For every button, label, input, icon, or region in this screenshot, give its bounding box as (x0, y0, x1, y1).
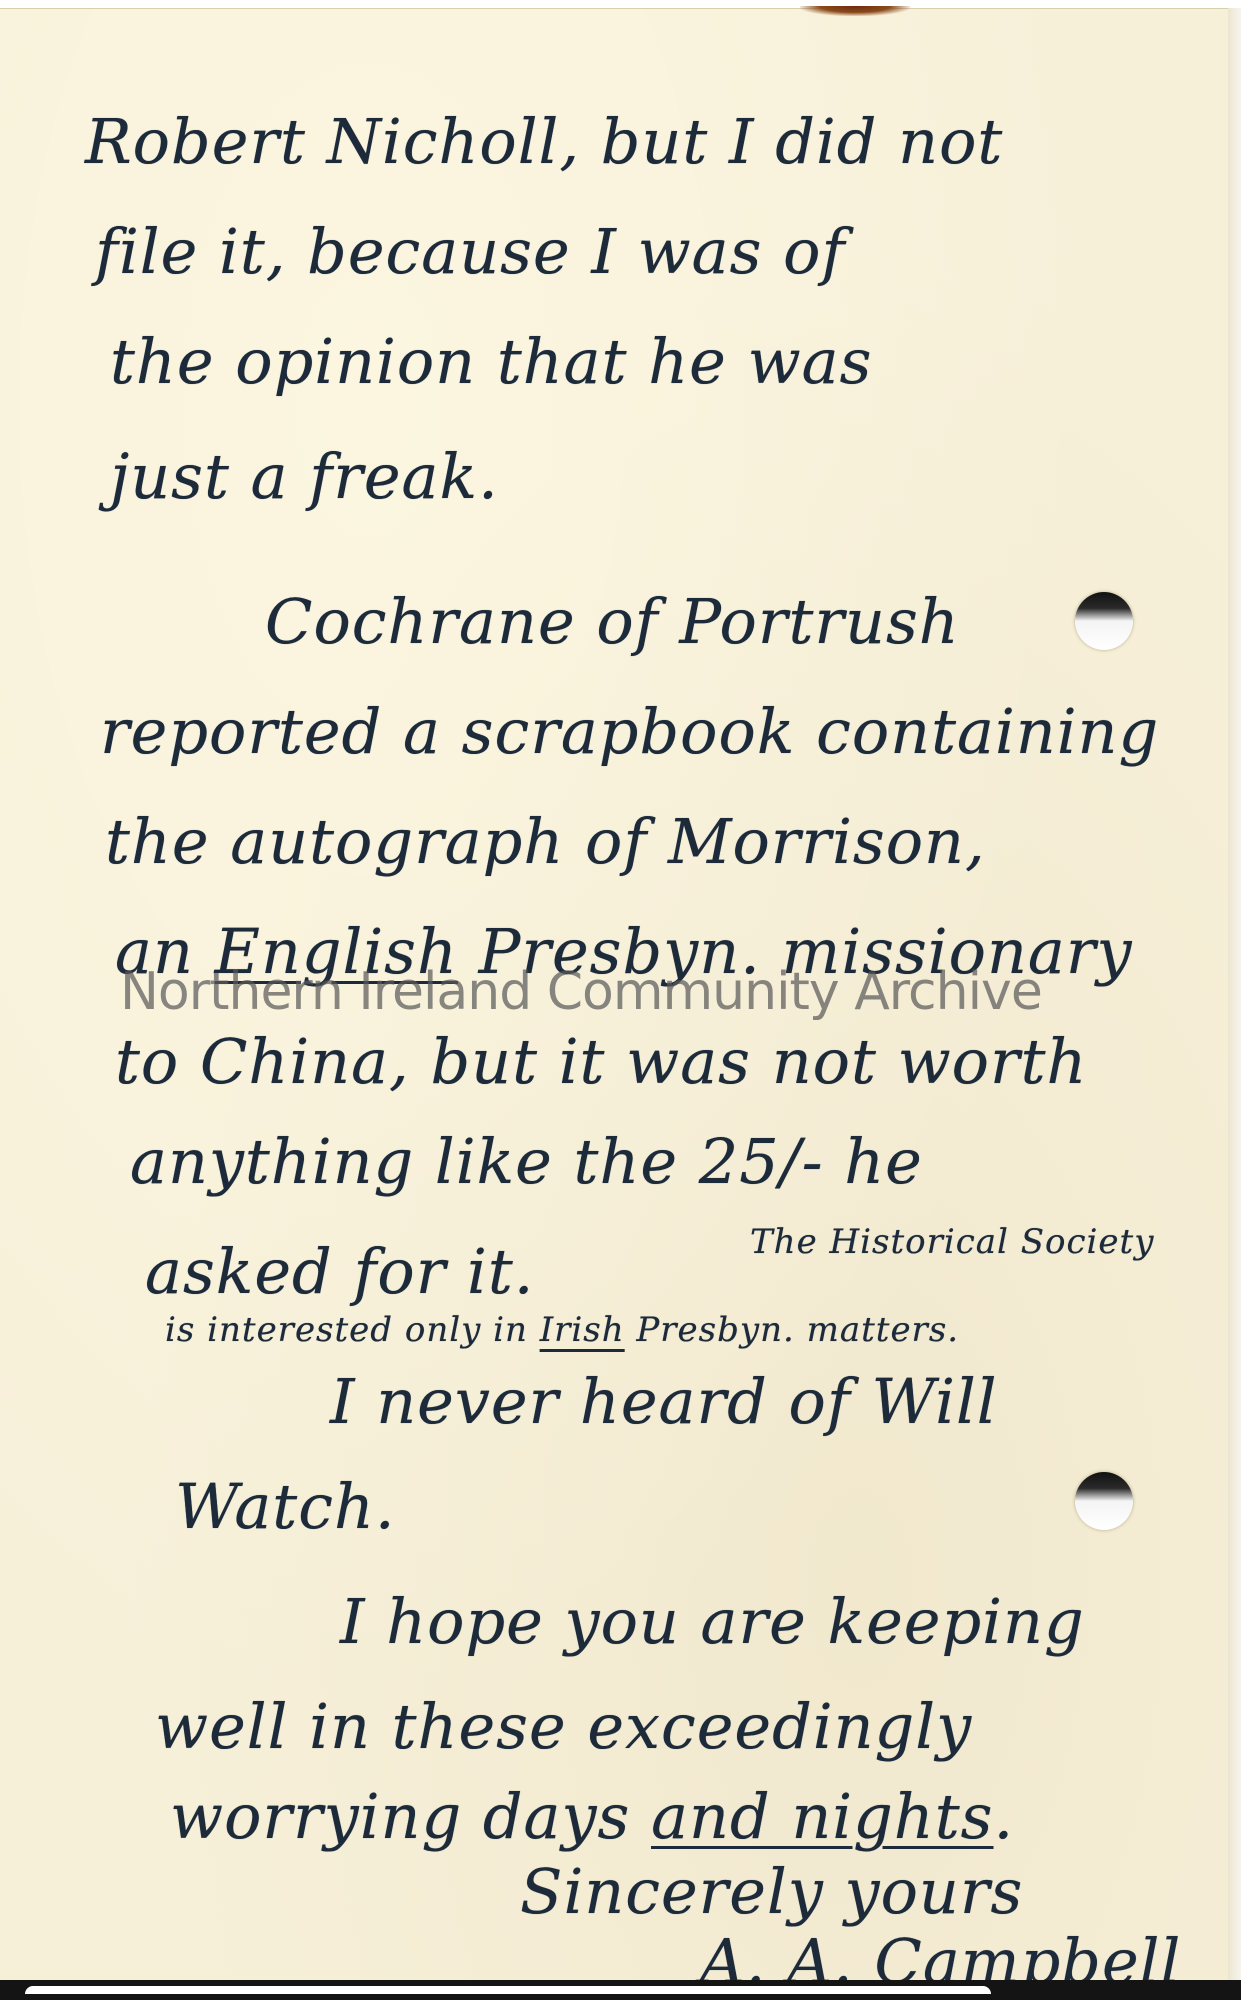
closing-salutation: Sincerely yours (520, 1855, 1023, 1928)
letter-line-1: Robert Nicholl, but I did not (85, 105, 1003, 178)
letter-line-3: the opinion that he was (110, 325, 872, 398)
paper-right-edge (1228, 8, 1241, 1983)
letter-line-17: well in these exceedingly (155, 1690, 972, 1763)
letter-line-7: the autograph of Morrison, (105, 805, 986, 878)
letter-line-14: I never heard of Will (330, 1365, 998, 1438)
letter-line-5: Cochrane of Portrush (265, 585, 960, 658)
scan-bottom-edge (0, 1980, 1241, 2000)
letter-line-2: file it, because I was of (95, 215, 845, 288)
line-18-post: . (993, 1780, 1014, 1853)
underlined-irish: Irish (540, 1310, 625, 1350)
punch-hole-lower (1075, 1472, 1133, 1530)
scorch-mark (800, 6, 910, 16)
letter-line-16: I hope you are keeping (340, 1585, 1085, 1658)
letter-line-6: reported a scrapbook containing (100, 695, 1159, 768)
archive-watermark: Northern Ireland Community Archive (120, 962, 1042, 1022)
letter-line-9: to China, but it was not worth (115, 1025, 1087, 1098)
letter-line-4: just a freak. (110, 440, 499, 513)
letter-line-18: worrying days and nights. (170, 1780, 1014, 1853)
letter-line-13: is interested only in Irish Presbyn. mat… (165, 1310, 959, 1350)
letter-line-12: The Historical Society (750, 1222, 1154, 1262)
line-13-post: Presbyn. matters. (625, 1310, 959, 1350)
letter-line-15: Watch. (175, 1470, 396, 1543)
line-13-pre: is interested only in (165, 1310, 540, 1350)
letter-line-10: anything like the 25/- he (130, 1125, 923, 1198)
letter-line-11: asked for it. (145, 1235, 535, 1308)
punch-hole-upper (1075, 592, 1133, 650)
line-18-pre: worrying days (170, 1780, 651, 1853)
underlined-and-nights: and nights (651, 1780, 993, 1853)
